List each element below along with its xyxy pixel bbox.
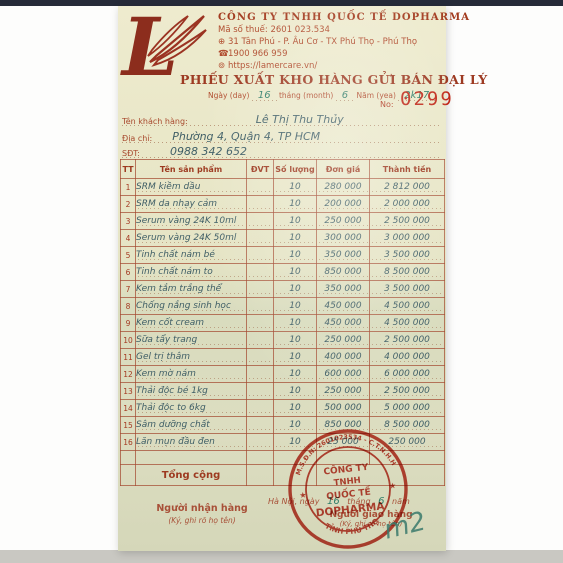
table-row: 14Thải độc to 6kg10500 0005 000 000 [121,400,445,417]
company-block: CÔNG TY TNHH QUỐC TẾ DOPHARMA Mã số thuế… [218,12,444,71]
receipt-paper: L CÔNG TY TNHH QUỐC TẾ DOPHARMA Mã số th… [118,6,446,551]
stamp-line1: CÔNG TY [323,461,369,478]
photo-bottom-border [0,550,563,563]
receiver-label: Người nhận hàng [132,503,272,514]
table-row: 3Serum vàng 24K 10ml10250 0002 500 000 [121,213,445,230]
col-unit: ĐVT [247,160,274,179]
total-label: Tổng cộng [136,465,247,486]
col-name: Tên sản phẩm [136,160,247,179]
customer-phone-label: SĐT: [122,149,140,158]
company-website: ⊚https://lamercare.vn/ [218,61,444,71]
table-row: 12Kem mờ nám10600 0006 000 000 [121,366,445,383]
table-row: 2SRM da nhạy cảm10200 0002 000 000 [121,196,445,213]
customer-address-value: Phường 4, Quận 4, TP HCM [160,131,440,143]
table-row: 7Kem tắm trắng thể10350 0003 500 000 [121,281,445,298]
phone-icon: ☎ [218,49,228,59]
customer-phone-value: 0988 342 652 [148,146,440,158]
table-row: 11Gel trị thâm10400 0004 000 000 [121,349,445,366]
table-header-row: TT Tên sản phẩm ĐVT Số lượng Đơn giá Thà… [121,160,445,179]
table-row: 8Chống nắng sinh học10450 0004 500 000 [121,298,445,315]
year-label: Năm (yea) [357,91,396,100]
customer-phone-line: SĐT: 0988 342 652 [122,144,440,158]
col-total: Thành tiền [370,160,445,179]
photo-of-receipt: L CÔNG TY TNHH QUỐC TẾ DOPHARMA Mã số th… [0,0,563,563]
col-qty: Số lượng [274,160,317,179]
day-value: 16 [252,90,277,101]
logo-leaves-icon [146,12,208,68]
document-title: PHIẾU XUẤT KHO HÀNG GỬI BÁN ĐẠI LÝ [180,72,442,87]
month-value: 6 [336,90,354,101]
globe-icon: ⊚ [218,61,228,71]
customer-name-value: Lê Thị Thu Thủy [196,114,440,126]
table-row: 9Kem cốt cream10450 0004 500 000 [121,315,445,332]
location-icon: ⊕ [218,37,228,47]
table-row: 6Tinh chất nám to10850 0008 500 000 [121,264,445,281]
col-tt: TT [121,160,136,179]
table-row: 13Thải độc bé 1kg10250 0002 500 000 [121,383,445,400]
table-row: 5Tinh chất nám bé10350 0003 500 000 [121,247,445,264]
company-address: ⊕31 Tân Phú - P. Âu Cơ - TX Phú Thọ - Ph… [218,37,444,47]
stamp-line3: QUỐC TẾ [326,485,373,503]
customer-name-line: Tên khách hàng: Lê Thị Thu Thủy [122,110,440,126]
col-price: Đơn giá [317,160,370,179]
table-row: 1SRM kiềm dầu10280 0002 812 000 [121,179,445,196]
tax-id: Mã số thuế: 2601 023.534 [218,25,444,35]
receiver-note: (Ký, ghi rõ họ tên) [132,516,272,525]
receipt-number: 0299 [400,88,454,110]
customer-name-label: Tên khách hàng: [122,117,188,126]
company-name: CÔNG TY TNHH QUỐC TẾ DOPHARMA [218,12,444,23]
stamp-line4: DOPHARMA [315,500,386,519]
stamp-line2: TNHH [333,476,361,489]
table-row: 10Sữa tẩy trang10250 0002 500 000 [121,332,445,349]
day-label: Ngày (day) [208,91,249,100]
receiver-block: Người nhận hàng (Ký, ghi rõ họ tên) [132,503,272,525]
stamp-star-left-icon: ★ [299,490,307,500]
no-label: No: [380,100,394,109]
customer-address-line: Địa chỉ: Phường 4, Quận 4, TP HCM [122,128,440,143]
customer-address-label: Địa chỉ: [122,134,152,143]
table-row: 4Serum vàng 24K 50ml10300 0003 000 000 [121,230,445,247]
month-label: tháng (month) [279,91,333,100]
stamp-star-right-icon: ★ [388,481,396,491]
stamp-ring-bottom-text: TỈNH PHÚ THỌ [323,516,382,539]
company-phone: ☎1900 966 959 [218,49,444,59]
